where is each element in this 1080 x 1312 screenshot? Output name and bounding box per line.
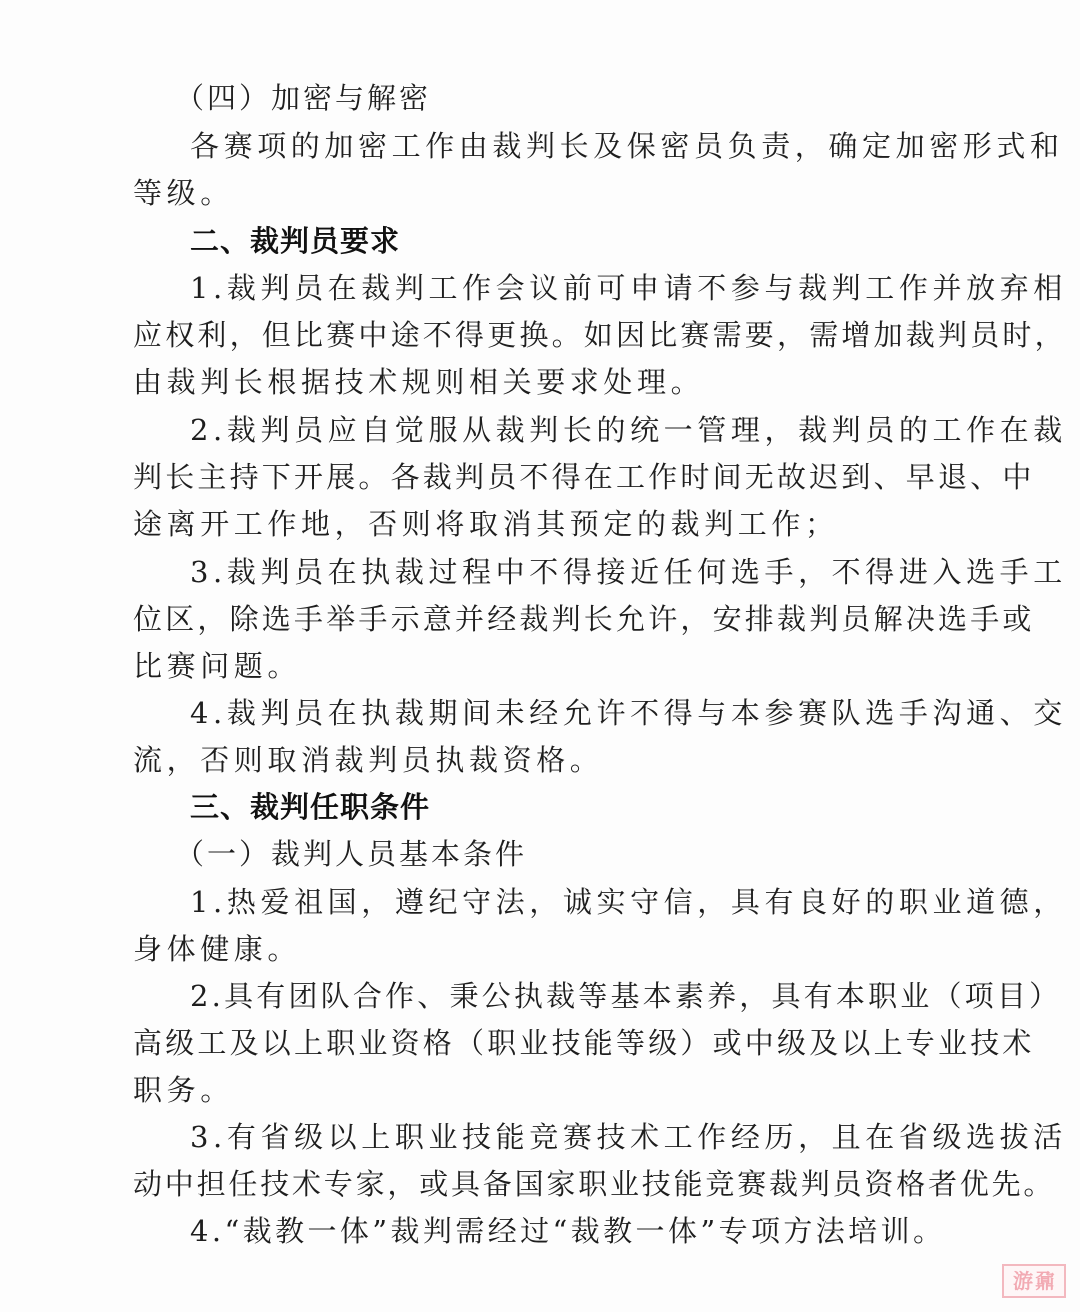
paragraph-line: 身体健康。 [133, 929, 301, 969]
document-page: （四）加密与解密 各赛项的加密工作由裁判长及保密员负责，确定加密形式和 等级。 … [0, 0, 1080, 1312]
paragraph-line: 2.裁判员应自觉服从裁判长的统一管理，裁判员的工作在裁 [190, 410, 1067, 450]
watermark-seal-icon: 游 鼐 [1002, 1264, 1066, 1298]
seal-char: 鼐 [1035, 1269, 1055, 1293]
paragraph-line: 高级工及以上职业资格（职业技能等级）或中级及以上专业技术 [133, 1023, 1035, 1063]
section-heading-qualifications: 三、裁判任职条件 [190, 787, 430, 827]
paragraph-line: 4.裁判员在执裁期间未经允许不得与本参赛队选手沟通、交 [190, 693, 1067, 733]
subsection-title-basic-conditions: （一）裁判人员基本条件 [175, 834, 527, 874]
paragraph-line: 职务。 [133, 1070, 234, 1110]
paragraph-line: 3.有省级以上职业技能竞赛技术工作经历，且在省级选拔活 [190, 1117, 1067, 1157]
paragraph-line: 1.热爱祖国，遵纪守法，诚实守信，具有良好的职业道德， [190, 882, 1067, 922]
paragraph-line: 位区，除选手举手示意并经裁判长允许，安排裁判员解决选手或 [133, 599, 1035, 639]
seal-char: 游 [1013, 1269, 1033, 1293]
section-heading-referee-requirements: 二、裁判员要求 [190, 221, 400, 261]
subsection-title-encryption: （四）加密与解密 [175, 78, 431, 118]
paragraph-line: 各赛项的加密工作由裁判长及保密员负责，确定加密形式和 [190, 126, 1064, 166]
paragraph-line: 流，否则取消裁判员执裁资格。 [133, 740, 603, 780]
paragraph-line: 由裁判长根据技术规则相关要求处理。 [133, 362, 704, 402]
paragraph-line: 4.“裁教一体”裁判需经过“裁教一体”专项方法培训。 [190, 1211, 945, 1251]
paragraph-line: 等级。 [133, 173, 234, 213]
paragraph-line: 应权利，但比赛中途不得更换。如因比赛需要，需增加裁判员时， [133, 315, 1067, 355]
paragraph-line: 动中担任技术专家，或具备国家职业技能竞赛裁判员资格者优先。 [133, 1164, 1055, 1204]
paragraph-line: 途离开工作地，否则将取消其预定的裁判工作； [133, 504, 839, 544]
paragraph-line: 比赛问题。 [133, 646, 301, 686]
paragraph-line: 判长主持下开展。各裁判员不得在工作时间无故迟到、早退、中 [133, 457, 1035, 497]
paragraph-line: 2.具有团队合作、秉公执裁等基本素养，具有本职业（项目） [190, 976, 1061, 1016]
paragraph-line: 1.裁判员在裁判工作会议前可申请不参与裁判工作并放弃相 [190, 268, 1067, 308]
paragraph-line: 3.裁判员在执裁过程中不得接近任何选手，不得进入选手工 [190, 552, 1067, 592]
